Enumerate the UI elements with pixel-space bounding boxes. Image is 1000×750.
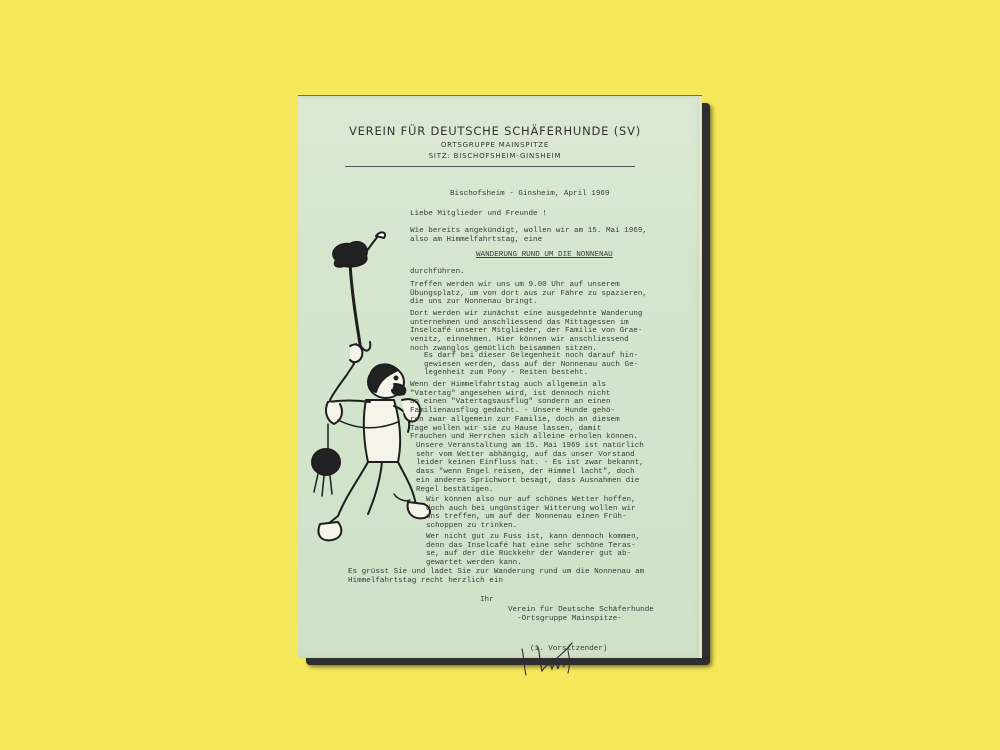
paragraph-weather: Unsere Veranstaltung am 15. Mai 1969 ist… (416, 442, 644, 494)
closing-word: Ihr (480, 596, 494, 605)
paragraph-fruehschoppen: Wir können also nur auf schönes Wetter h… (426, 496, 636, 531)
signatory-organization: Verein für Deutsche Schäferhunde -Ortsgr… (508, 606, 654, 623)
letter-page: VEREIN FÜR DEUTSCHE SCHÄFERHUNDE (SV) OR… (298, 95, 702, 658)
intro-paragraph: Wie bereits angekündigt, wollen wir am 1… (410, 227, 647, 244)
signatory-role: (1. Vorsitzender) (530, 645, 607, 654)
paragraph-pony: Es darf bei dieser Gelegenheit noch dara… (424, 352, 638, 378)
event-title: WANDERUNG RUND UM DIE NONNENAU (476, 251, 613, 260)
place-date: Bischofsheim - Ginsheim, April 1969 (450, 190, 610, 199)
closing-paragraph: Es grüsst Sie und ladet Sie zur Wanderun… (348, 568, 644, 585)
paragraph-meeting: Treffen werden wir uns um 9.00 Uhr auf u… (410, 281, 647, 307)
letterhead-rule (345, 166, 635, 167)
paper-edge (699, 96, 702, 658)
paragraph-inselcafe: Wer nicht gut zu Fuss ist, kann dennoch … (426, 533, 640, 568)
salutation: Liebe Mitglieder und Freunde ! (410, 210, 547, 219)
letterhead: VEREIN FÜR DEUTSCHE SCHÄFERHUNDE (SV) OR… (298, 124, 702, 160)
intro-end: durchführen. (410, 268, 465, 277)
letterhead-subtitle: ORTSGRUPPE MAINSPITZE (288, 141, 702, 149)
paragraph-vatertag: Wenn der Himmelfahrtstag auch allgemein … (410, 381, 638, 442)
letterhead-title: VEREIN FÜR DEUTSCHE SCHÄFERHUNDE (SV) (288, 124, 702, 138)
letterhead-seat: SITZ: BISCHOFSHEIM-GINSHEIM (288, 152, 702, 160)
paragraph-lunch: Dort werden wir zunächst eine ausgedehnt… (410, 310, 642, 354)
